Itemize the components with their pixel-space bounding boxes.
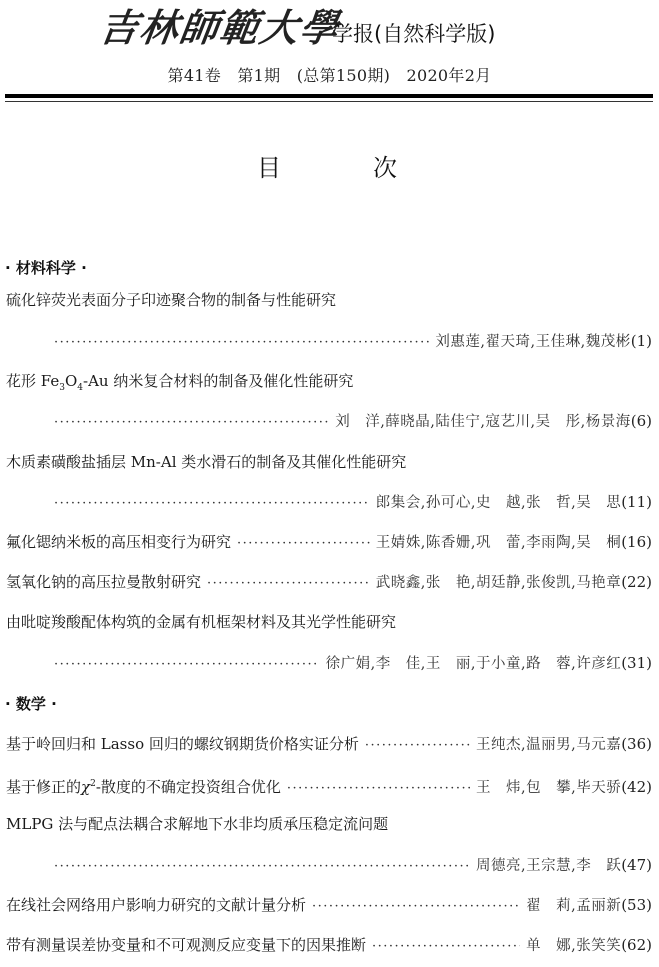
toc-entry-single-line[interactable]: 基于岭回归和 Lasso 回归的螺纹钢期货价格实证分析 王纯杰,温丽男,马元嘉 … (6, 733, 652, 755)
toc-title-char-2: 次 (373, 148, 397, 183)
toc-entry-title-line[interactable]: 木质素磺酸盐插层 Mn-Al 类水滑石的制备及其催化性能研究 (6, 451, 652, 473)
toc-entry-title-line[interactable]: 由吡啶羧酸配体构筑的金属有机框架材料及其光学性能研究 (6, 611, 652, 633)
article-title[interactable]: 带有测量误差协变量和不可观测反应变量下的因果推断 (6, 934, 366, 956)
toc-entry-single-line[interactable]: 在线社会网络用户影响力研究的文献计量分析 翟 莉,孟丽新 (53) (6, 894, 652, 916)
dot-leader (54, 412, 329, 434)
section-heading-materials-science: · 材料科学 · (5, 257, 87, 278)
title-part: 花形 Fe (6, 372, 59, 390)
masthead: 吉林師範大學 学报(自然科学版) 第41卷 第1期 (总第150期) 2020年… (0, 0, 659, 92)
article-authors: 徐广娟,李 佳,王 丽,于小童,路 蓉,许彦红 (326, 653, 622, 675)
toc-entry-title-line[interactable]: MLPG 法与配点法耦合求解地下水非均质承压稳定流问题 (6, 813, 652, 835)
article-page-number[interactable]: (53) (621, 894, 652, 916)
article-page-number[interactable]: (31) (621, 652, 652, 674)
article-authors: 王 炜,包 攀,毕天骄 (476, 777, 621, 799)
dot-leader (372, 936, 520, 958)
dot-leader (207, 573, 370, 595)
article-title[interactable]: MLPG 法与配点法耦合求解地下水非均质承压稳定流问题 (6, 813, 388, 835)
article-page-number[interactable]: (11) (621, 491, 652, 513)
toc-entry-single-line[interactable]: 基于修正的χ2-散度的不确定投资组合优化 王 炜,包 攀,毕天骄 (42) (6, 773, 652, 795)
article-authors: 周德亮,王宗慧,李 跃 (476, 855, 621, 877)
article-authors: 刘惠莲,翟天琦,王佳琳,魏茂彬 (435, 331, 630, 353)
article-authors: 郎集会,孙可心,史 越,张 哲,吴 思 (376, 492, 621, 514)
toc-entry-author-line: 刘 洋,薛晓晶,陆佳宁,寇艺川,吴 彤,杨景海 (6) (6, 410, 652, 432)
article-title[interactable]: 基于修正的χ2-散度的不确定投资组合优化 (6, 773, 281, 798)
article-page-number[interactable]: (22) (621, 571, 652, 593)
article-title[interactable]: 在线社会网络用户影响力研究的文献计量分析 (6, 894, 306, 916)
article-page-number[interactable]: (36) (621, 733, 652, 755)
article-page-number[interactable]: (42) (621, 776, 652, 798)
article-authors: 王婧姝,陈香姗,巩 蕾,李雨陶,吴 桐 (376, 532, 621, 554)
article-page-number[interactable]: (62) (621, 934, 652, 956)
article-authors: 王纯杰,温丽男,马元嘉 (476, 734, 621, 756)
article-title[interactable]: 硫化锌荧光表面分子印迹聚合物的制备与性能研究 (6, 289, 336, 311)
dot-leader (54, 493, 370, 515)
article-authors: 刘 洋,薛晓晶,陆佳宁,寇艺川,吴 彤,杨景海 (335, 411, 631, 433)
journal-subtitle: 学报(自然科学版) (332, 18, 495, 48)
article-page-number[interactable]: (6) (631, 410, 652, 432)
toc-entry-author-line: 周德亮,王宗慧,李 跃 (47) (6, 854, 652, 876)
article-title[interactable]: 基于岭回归和 Lasso 回归的螺纹钢期货价格实证分析 (6, 733, 359, 755)
chi-symbol: χ (81, 778, 90, 796)
article-page-number[interactable]: (1) (631, 330, 652, 352)
toc-entry-title-line[interactable]: 花形 Fe3O4-Au 纳米复合材料的制备及催化性能研究 (6, 370, 652, 392)
header-rule-thick (5, 94, 653, 98)
article-title[interactable]: 花形 Fe3O4-Au 纳米复合材料的制备及催化性能研究 (6, 370, 353, 399)
dot-leader (237, 533, 370, 555)
article-title[interactable]: 木质素磺酸盐插层 Mn-Al 类水滑石的制备及其催化性能研究 (6, 451, 406, 473)
article-authors: 翟 莉,孟丽新 (526, 895, 621, 917)
toc-entry-title-line[interactable]: 硫化锌荧光表面分子印迹聚合物的制备与性能研究 (6, 289, 652, 311)
article-authors: 单 娜,张笑笑 (526, 935, 621, 957)
toc-entry-author-line: 徐广娟,李 佳,王 丽,于小童,路 蓉,许彦红 (31) (6, 652, 652, 674)
toc-entry-single-line[interactable]: 氢氧化钠的高压拉曼散射研究 武晓鑫,张 艳,胡廷静,张俊凯,马艳章 (22) (6, 571, 652, 593)
dot-leader (312, 896, 520, 918)
dot-leader (54, 654, 320, 676)
journal-logo-calligraphy: 吉林師範大學 (96, 2, 343, 54)
toc-entry-single-line[interactable]: 带有测量误差协变量和不可观测反应变量下的因果推断 单 娜,张笑笑 (62) (6, 934, 652, 956)
dot-leader (365, 735, 470, 757)
issue-info: 第41卷 第1期 (总第150期) 2020年2月 (0, 63, 659, 86)
dot-leader (287, 778, 470, 800)
title-part: 基于修正的 (6, 778, 81, 796)
article-authors: 武晓鑫,张 艳,胡廷静,张俊凯,马艳章 (376, 572, 621, 594)
article-page-number[interactable]: (47) (621, 854, 652, 876)
title-part: -Au 纳米复合材料的制备及催化性能研究 (83, 372, 353, 390)
title-part: O (65, 372, 77, 390)
article-page-number[interactable]: (16) (621, 531, 652, 553)
section-heading-mathematics: · 数学 · (5, 693, 57, 714)
toc-entry-author-line: 郎集会,孙可心,史 越,张 哲,吴 思 (11) (6, 491, 652, 513)
article-title[interactable]: 由吡啶羧酸配体构筑的金属有机框架材料及其光学性能研究 (6, 611, 396, 633)
toc-entry-author-line: 刘惠莲,翟天琦,王佳琳,魏茂彬 (1) (6, 330, 652, 352)
title-part: -散度的不确定投资组合优化 (96, 778, 281, 796)
dot-leader (54, 332, 429, 354)
article-title[interactable]: 氢氧化钠的高压拉曼散射研究 (6, 571, 201, 593)
article-title[interactable]: 氟化锶纳米板的高压相变行为研究 (6, 531, 231, 553)
header-rule-thin (5, 101, 653, 102)
toc-entry-single-line[interactable]: 氟化锶纳米板的高压相变行为研究 王婧姝,陈香姗,巩 蕾,李雨陶,吴 桐 (16) (6, 531, 652, 553)
dot-leader (54, 856, 470, 878)
toc-title-char-1: 目 (257, 148, 281, 183)
